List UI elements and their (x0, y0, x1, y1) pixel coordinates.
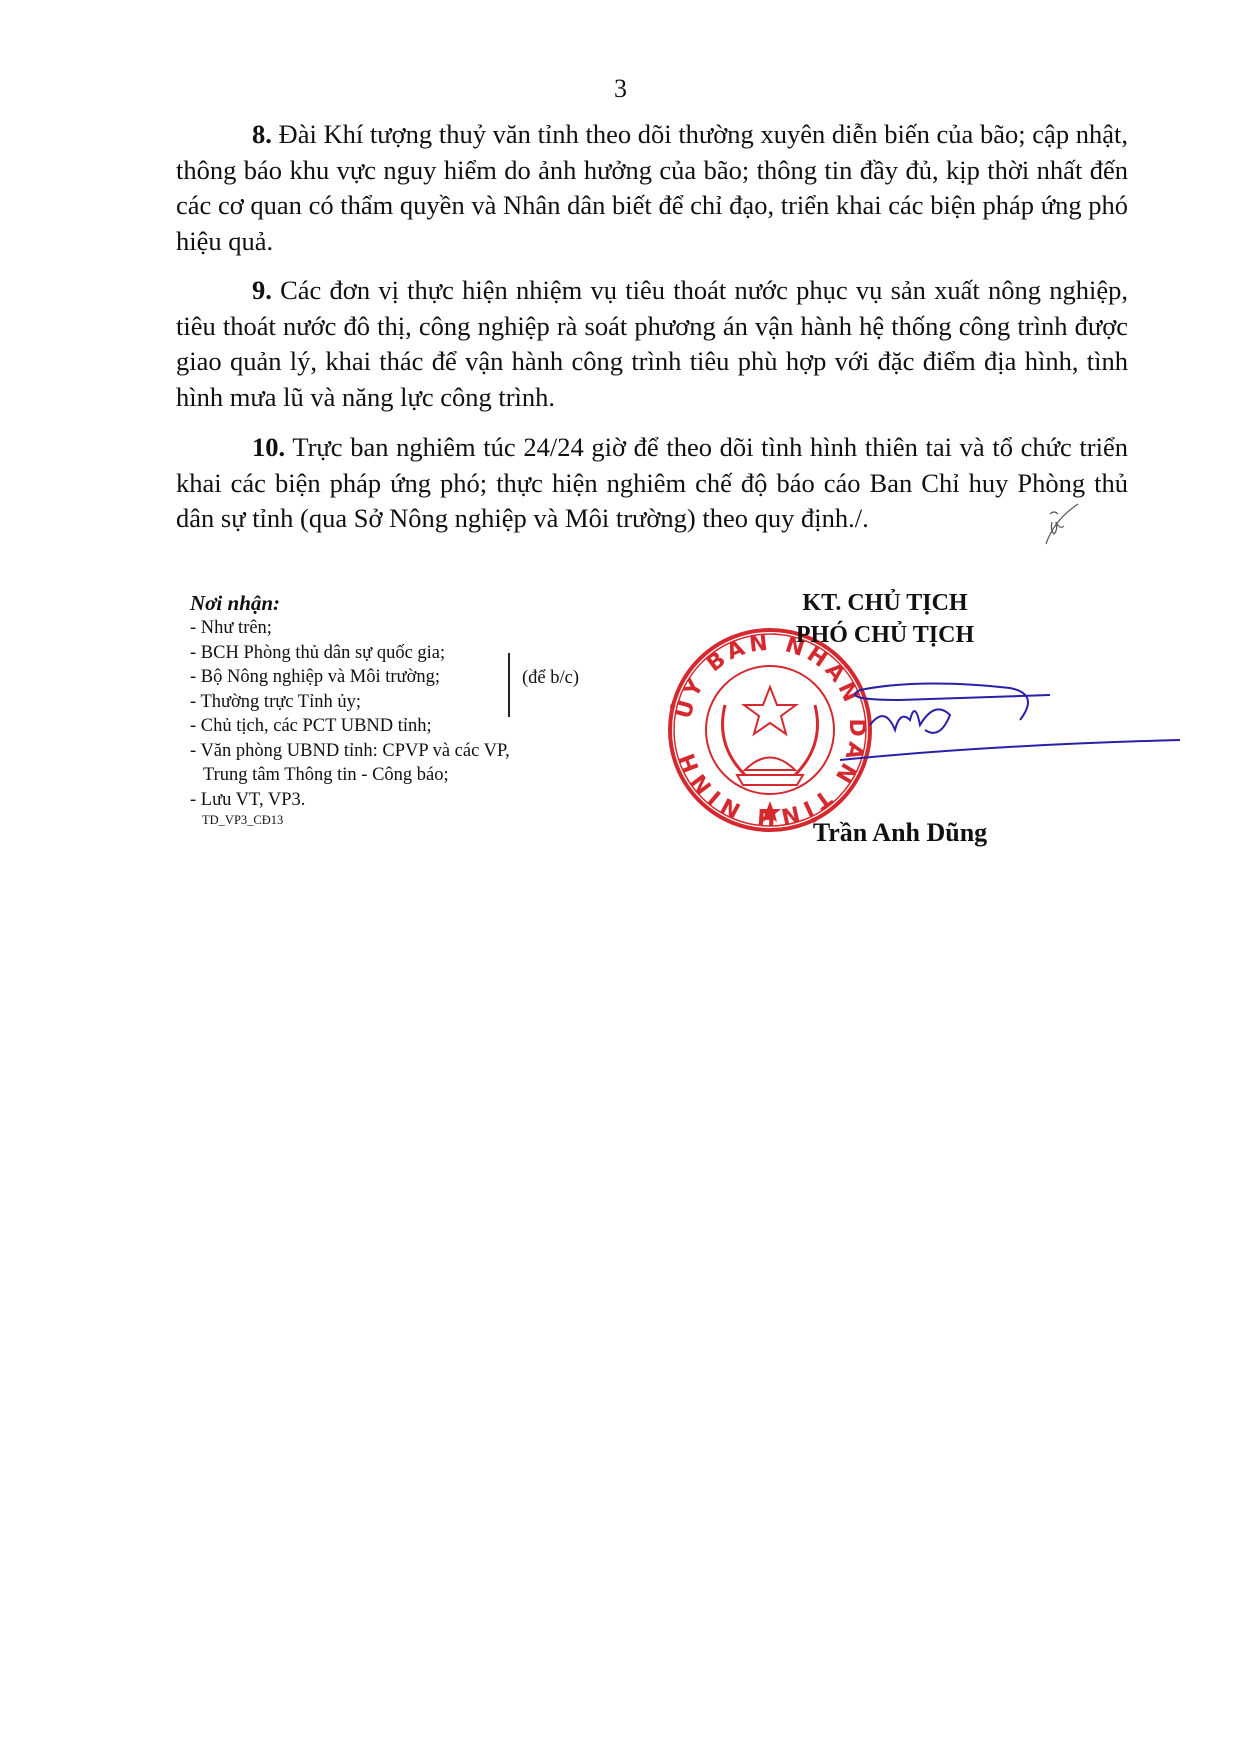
signature-title-line2: PHÓ CHỦ TỊCH (760, 622, 1010, 649)
recipient-item: - Như trên; (190, 616, 650, 641)
recipients-title: Nơi nhận: (190, 590, 650, 616)
paragraph-text: Trực ban nghiêm túc 24/24 giờ để theo dõ… (176, 432, 1128, 533)
handwritten-signature-icon (840, 670, 1180, 765)
paragraph-9: 9. Các đơn vị thực hiện nhiệm vụ tiêu th… (176, 273, 1128, 415)
paragraph-text: Các đơn vị thực hiện nhiệm vụ tiêu thoát… (176, 275, 1128, 412)
recipient-item: - BCH Phòng thủ dân sự quốc gia; (190, 641, 650, 666)
paragraph-text: Đài Khí tượng thuỷ văn tỉnh theo dõi thư… (176, 119, 1128, 256)
paragraph-number: 10. (252, 432, 285, 462)
recipient-item: - Chủ tịch, các PCT UBND tỉnh; (190, 714, 650, 739)
paragraph-8: 8. Đài Khí tượng thuỷ văn tỉnh theo dõi … (176, 117, 1128, 259)
paragraph-10: 10. Trực ban nghiêm túc 24/24 giờ để the… (176, 430, 1128, 537)
recipients-list: Nơi nhận: - Như trên; - BCH Phòng thủ dâ… (190, 590, 650, 828)
bracket-divider (508, 653, 510, 717)
initial-mark-icon (1040, 500, 1080, 548)
page-number: 3 (0, 74, 1241, 104)
paragraph-number: 9. (252, 275, 272, 305)
recipient-item: - Văn phòng UBND tỉnh: CPVP và các VP, (190, 739, 650, 764)
recipient-item: Trung tâm Thông tin - Công báo; (190, 763, 650, 788)
recipient-item: - Lưu VT, VP3. (190, 788, 650, 813)
bracket-label: (để b/c) (522, 668, 579, 689)
recipient-item: - Thường trực Tỉnh ủy; (190, 690, 650, 715)
signer-name: Trần Anh Dũng (770, 818, 1030, 848)
document-code: TD_VP3_CĐ13 (190, 812, 650, 828)
signature-title-line1: KT. CHỦ TỊCH (760, 590, 1010, 617)
paragraph-number: 8. (252, 119, 272, 149)
recipient-item: - Bộ Nông nghiệp và Môi trường; (190, 665, 650, 690)
